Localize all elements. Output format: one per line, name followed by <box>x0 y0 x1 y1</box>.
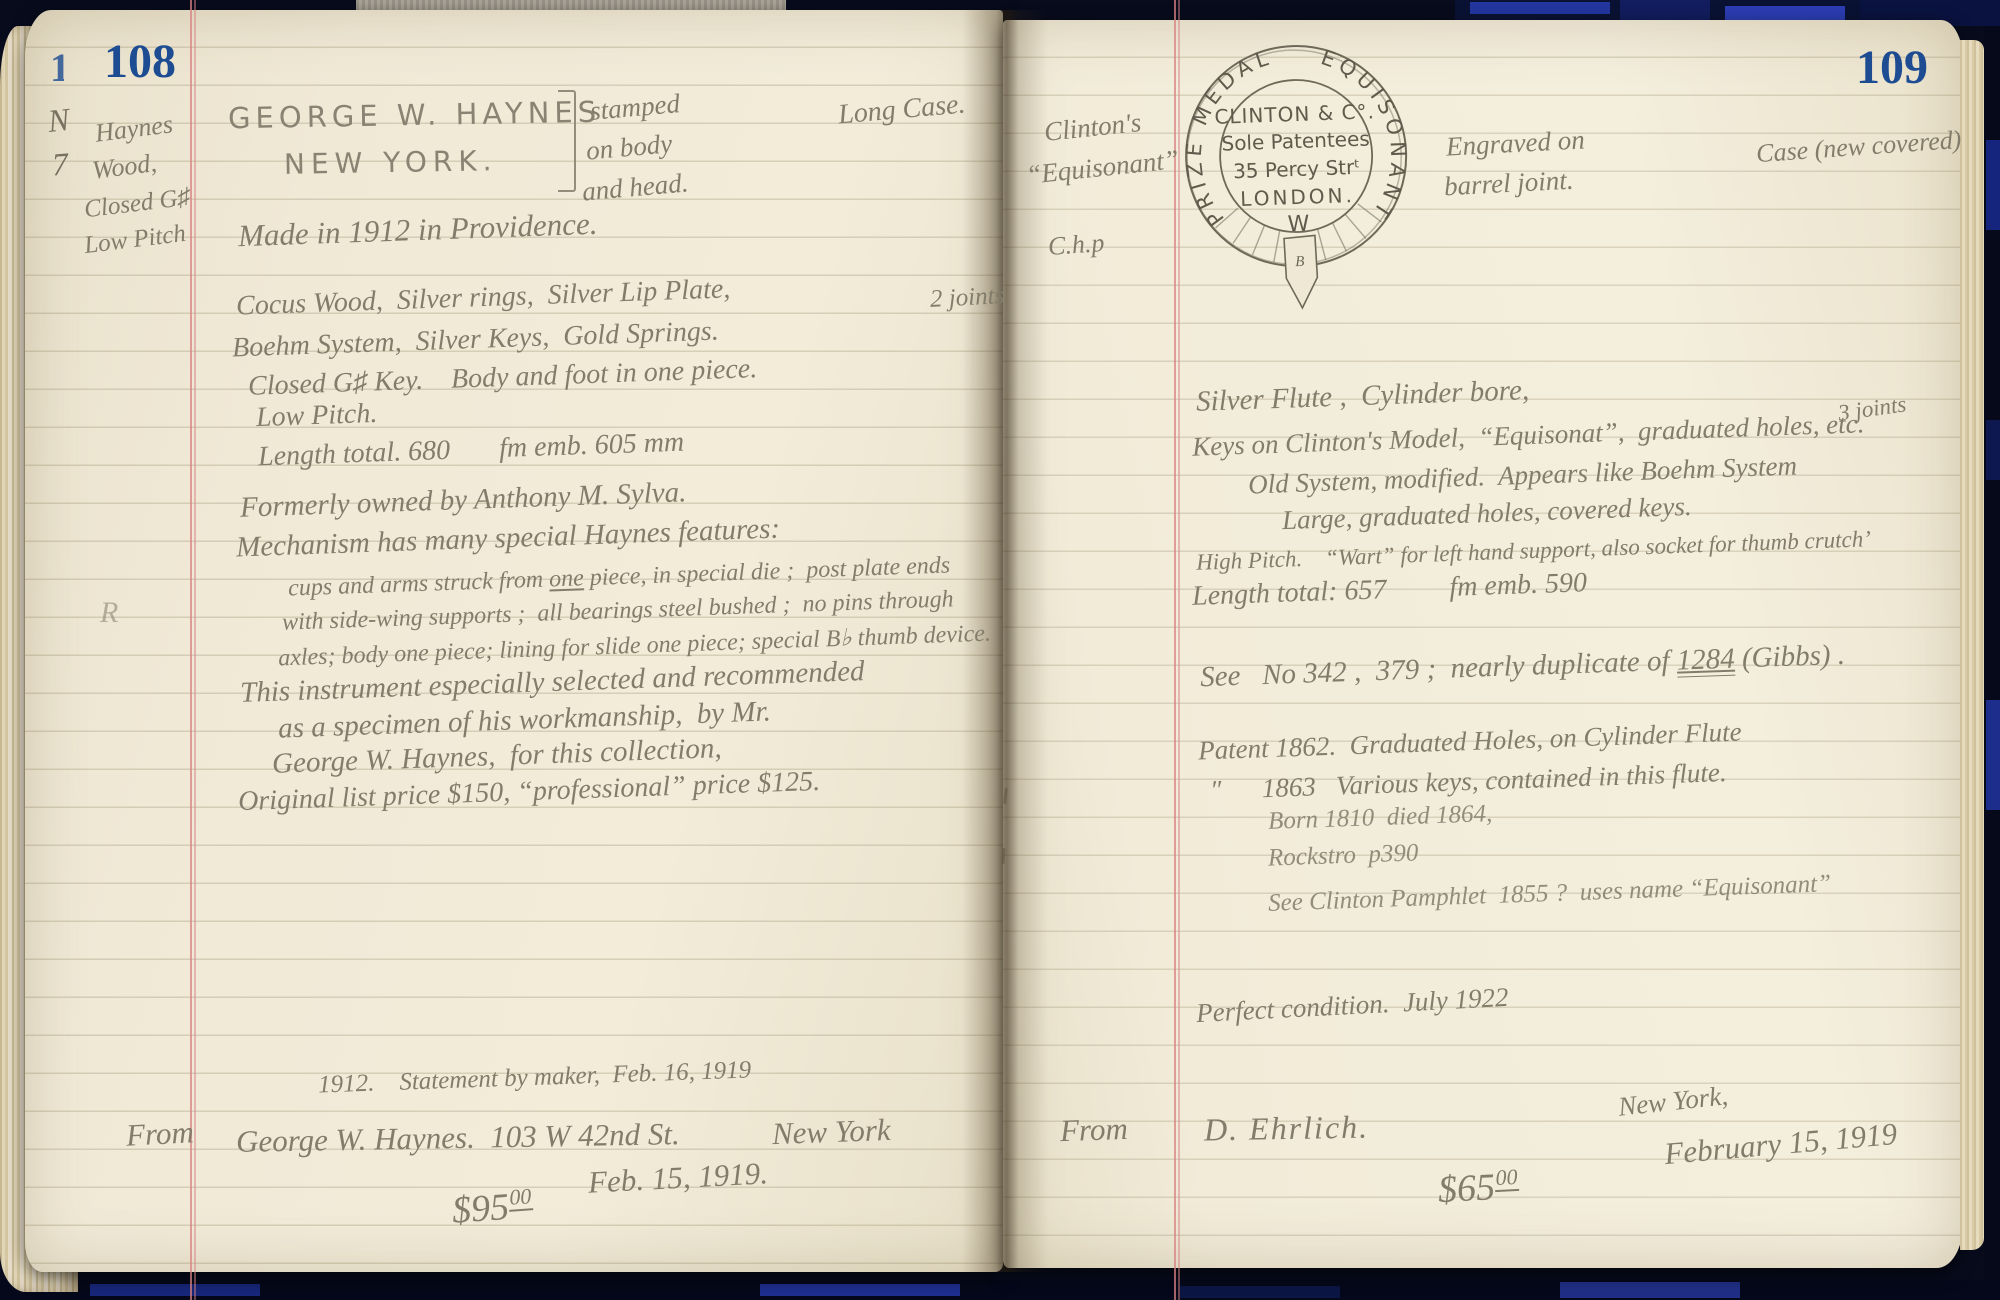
scan-artifact <box>1620 0 1710 22</box>
reference-number-underlined: 1284 <box>1676 643 1735 678</box>
maker-stamp-city: NEW YORK. <box>284 144 498 181</box>
reference-text: (Gibbs) . <box>1734 639 1845 675</box>
scan-artifact <box>1725 6 1845 20</box>
stamp-line-company: CLINTON & C°. <box>1214 99 1375 129</box>
price-dollars: $95 <box>451 1186 511 1232</box>
stamp-line-city: LONDON. <box>1240 183 1355 211</box>
scan-artifact <box>1560 1282 1740 1298</box>
price-cents: 00 <box>507 1184 533 1213</box>
margin-note: C.h.p <box>1047 228 1105 262</box>
page-number-108: 108 <box>104 34 176 89</box>
joints-note: 2 joints <box>929 282 1005 314</box>
scan-artifact <box>1986 140 2000 230</box>
acquisition-city: New York <box>771 1112 891 1152</box>
scan-artifact <box>90 1284 260 1296</box>
scan-artifact <box>1470 2 1610 14</box>
price: $9500 <box>451 1183 535 1233</box>
fore-edge-mark: 7 <box>51 145 70 183</box>
underlined-word: one <box>549 565 585 592</box>
stamp-line-street: 35 Percy Strᵗ <box>1233 155 1361 183</box>
scan-artifact <box>1986 700 2000 810</box>
patent-line: Rockstro p390 <box>1268 839 1419 872</box>
scanned-ledger-spread: 108 1 N 7 Haynes Wood, Closed G♯ Low Pit… <box>0 0 2000 1300</box>
price-dollars: $65 <box>1437 1166 1496 1211</box>
page-number-109: 109 <box>1856 40 1928 95</box>
acquisition-source: D. Ehrlich. <box>1204 1109 1370 1149</box>
stamp-ribbon-letter: B <box>1295 254 1305 270</box>
margin-initial: R <box>100 596 118 630</box>
bracket-glyph <box>558 90 576 192</box>
price-cents: 00 <box>1494 1164 1519 1192</box>
scan-artifact <box>1180 1286 1340 1298</box>
fore-edge-mark: N <box>46 101 71 140</box>
stamp-ribbon <box>1284 235 1318 308</box>
scan-artifact <box>760 1284 960 1296</box>
stamp-line-patentees: Sole Patentees <box>1221 126 1370 155</box>
scan-artifact <box>1986 420 2000 480</box>
spec-line: Low Pitch. <box>255 398 377 434</box>
from-label: From <box>125 1114 195 1153</box>
page-number-partial: 1 <box>50 44 64 91</box>
clinton-stamp-drawing: PRIZE MEDAL EQUISONANT CLINTON & C°. Sol… <box>1175 22 1421 340</box>
stamp-line-postal: W <box>1287 212 1310 238</box>
price: $6500 <box>1437 1164 1520 1212</box>
page-edge-stack-right <box>1960 40 1984 1250</box>
from-label: From <box>1059 1111 1128 1149</box>
maker-stamp-name: GEORGE W. HAYNES <box>228 95 602 136</box>
